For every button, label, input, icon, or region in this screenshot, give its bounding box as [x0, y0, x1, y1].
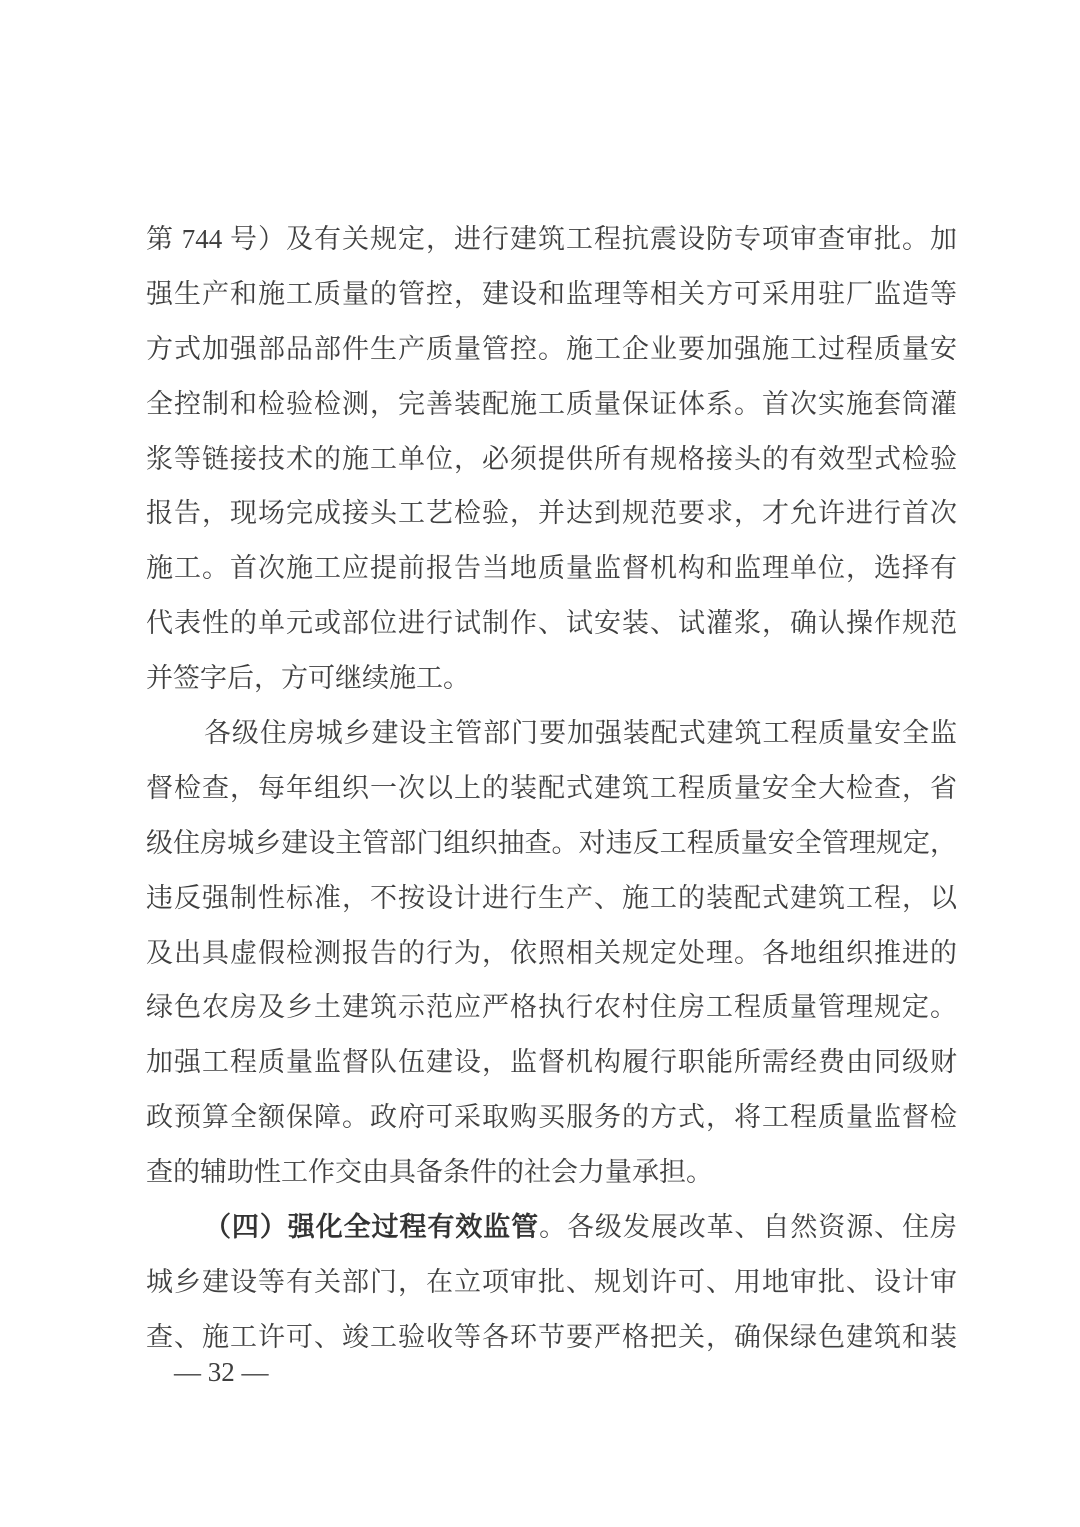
text-line: 城乡建设等有关部门，在立项审批、规划许可、用地审批、设计审: [146, 1255, 957, 1310]
text-line: 级住房城乡建设主管部门组织抽查。对违反工程质量安全管理规定，: [146, 816, 957, 871]
text-line: 违反强制性标准，不按设计进行生产、施工的装配式建筑工程，以: [146, 871, 957, 926]
text-line: 及出具虚假检测报告的行为，依照相关规定处理。各地组织推进的: [146, 926, 957, 981]
text-line: 方式加强部品部件生产质量管控。施工企业要加强施工过程质量安: [146, 322, 957, 377]
text-line: 浆等链接技术的施工单位，必须提供所有规格接头的有效型式检验: [146, 432, 957, 487]
text-line: 政预算全额保障。政府可采取购买服务的方式，将工程质量监督检: [146, 1090, 957, 1145]
text-line: 加强工程质量监督队伍建设，监督机构履行职能所需经费由同级财: [146, 1035, 957, 1090]
text-line: 督检查，每年组织一次以上的装配式建筑工程质量安全大检查，省: [146, 761, 957, 816]
document-body: 第 744 号）及有关规定，进行建筑工程抗震设防专项审查审批。加强生产和施工质量…: [146, 212, 957, 1365]
text-line: 全控制和检验检测，完善装配施工质量保证体系。首次实施套筒灌: [146, 377, 957, 432]
text-line: 施工。首次施工应提前报告当地质量监督机构和监理单位，选择有: [146, 541, 957, 596]
text-line: 强生产和施工质量的管控，建设和监理等相关方可采用驻厂监造等: [146, 267, 957, 322]
text-line: 并签字后，方可继续施工。: [146, 651, 957, 706]
text-line: 查的辅助性工作交由具备条件的社会力量承担。: [146, 1145, 957, 1200]
text-line: 报告，现场完成接头工艺检验，并达到规范要求，才允许进行首次: [146, 486, 957, 541]
section-heading: （四）强化全过程有效监管: [204, 1212, 539, 1242]
paragraph-heading-line: （四）强化全过程有效监管。各级发展改革、自然资源、住房: [146, 1200, 957, 1255]
document-page: 第 744 号）及有关规定，进行建筑工程抗震设防专项审查审批。加强生产和施工质量…: [0, 0, 1080, 1527]
text-line: 代表性的单元或部位进行试制作、试安装、试灌浆，确认操作规范: [146, 596, 957, 651]
text-line: 绿色农房及乡土建筑示范应严格执行农村住房工程质量管理规定。: [146, 980, 957, 1035]
text-line: 第 744 号）及有关规定，进行建筑工程抗震设防专项审查审批。加: [146, 212, 957, 267]
text-line: 各级住房城乡建设主管部门要加强装配式建筑工程质量安全监: [146, 706, 957, 761]
page-number: — 32 —: [174, 1352, 269, 1392]
